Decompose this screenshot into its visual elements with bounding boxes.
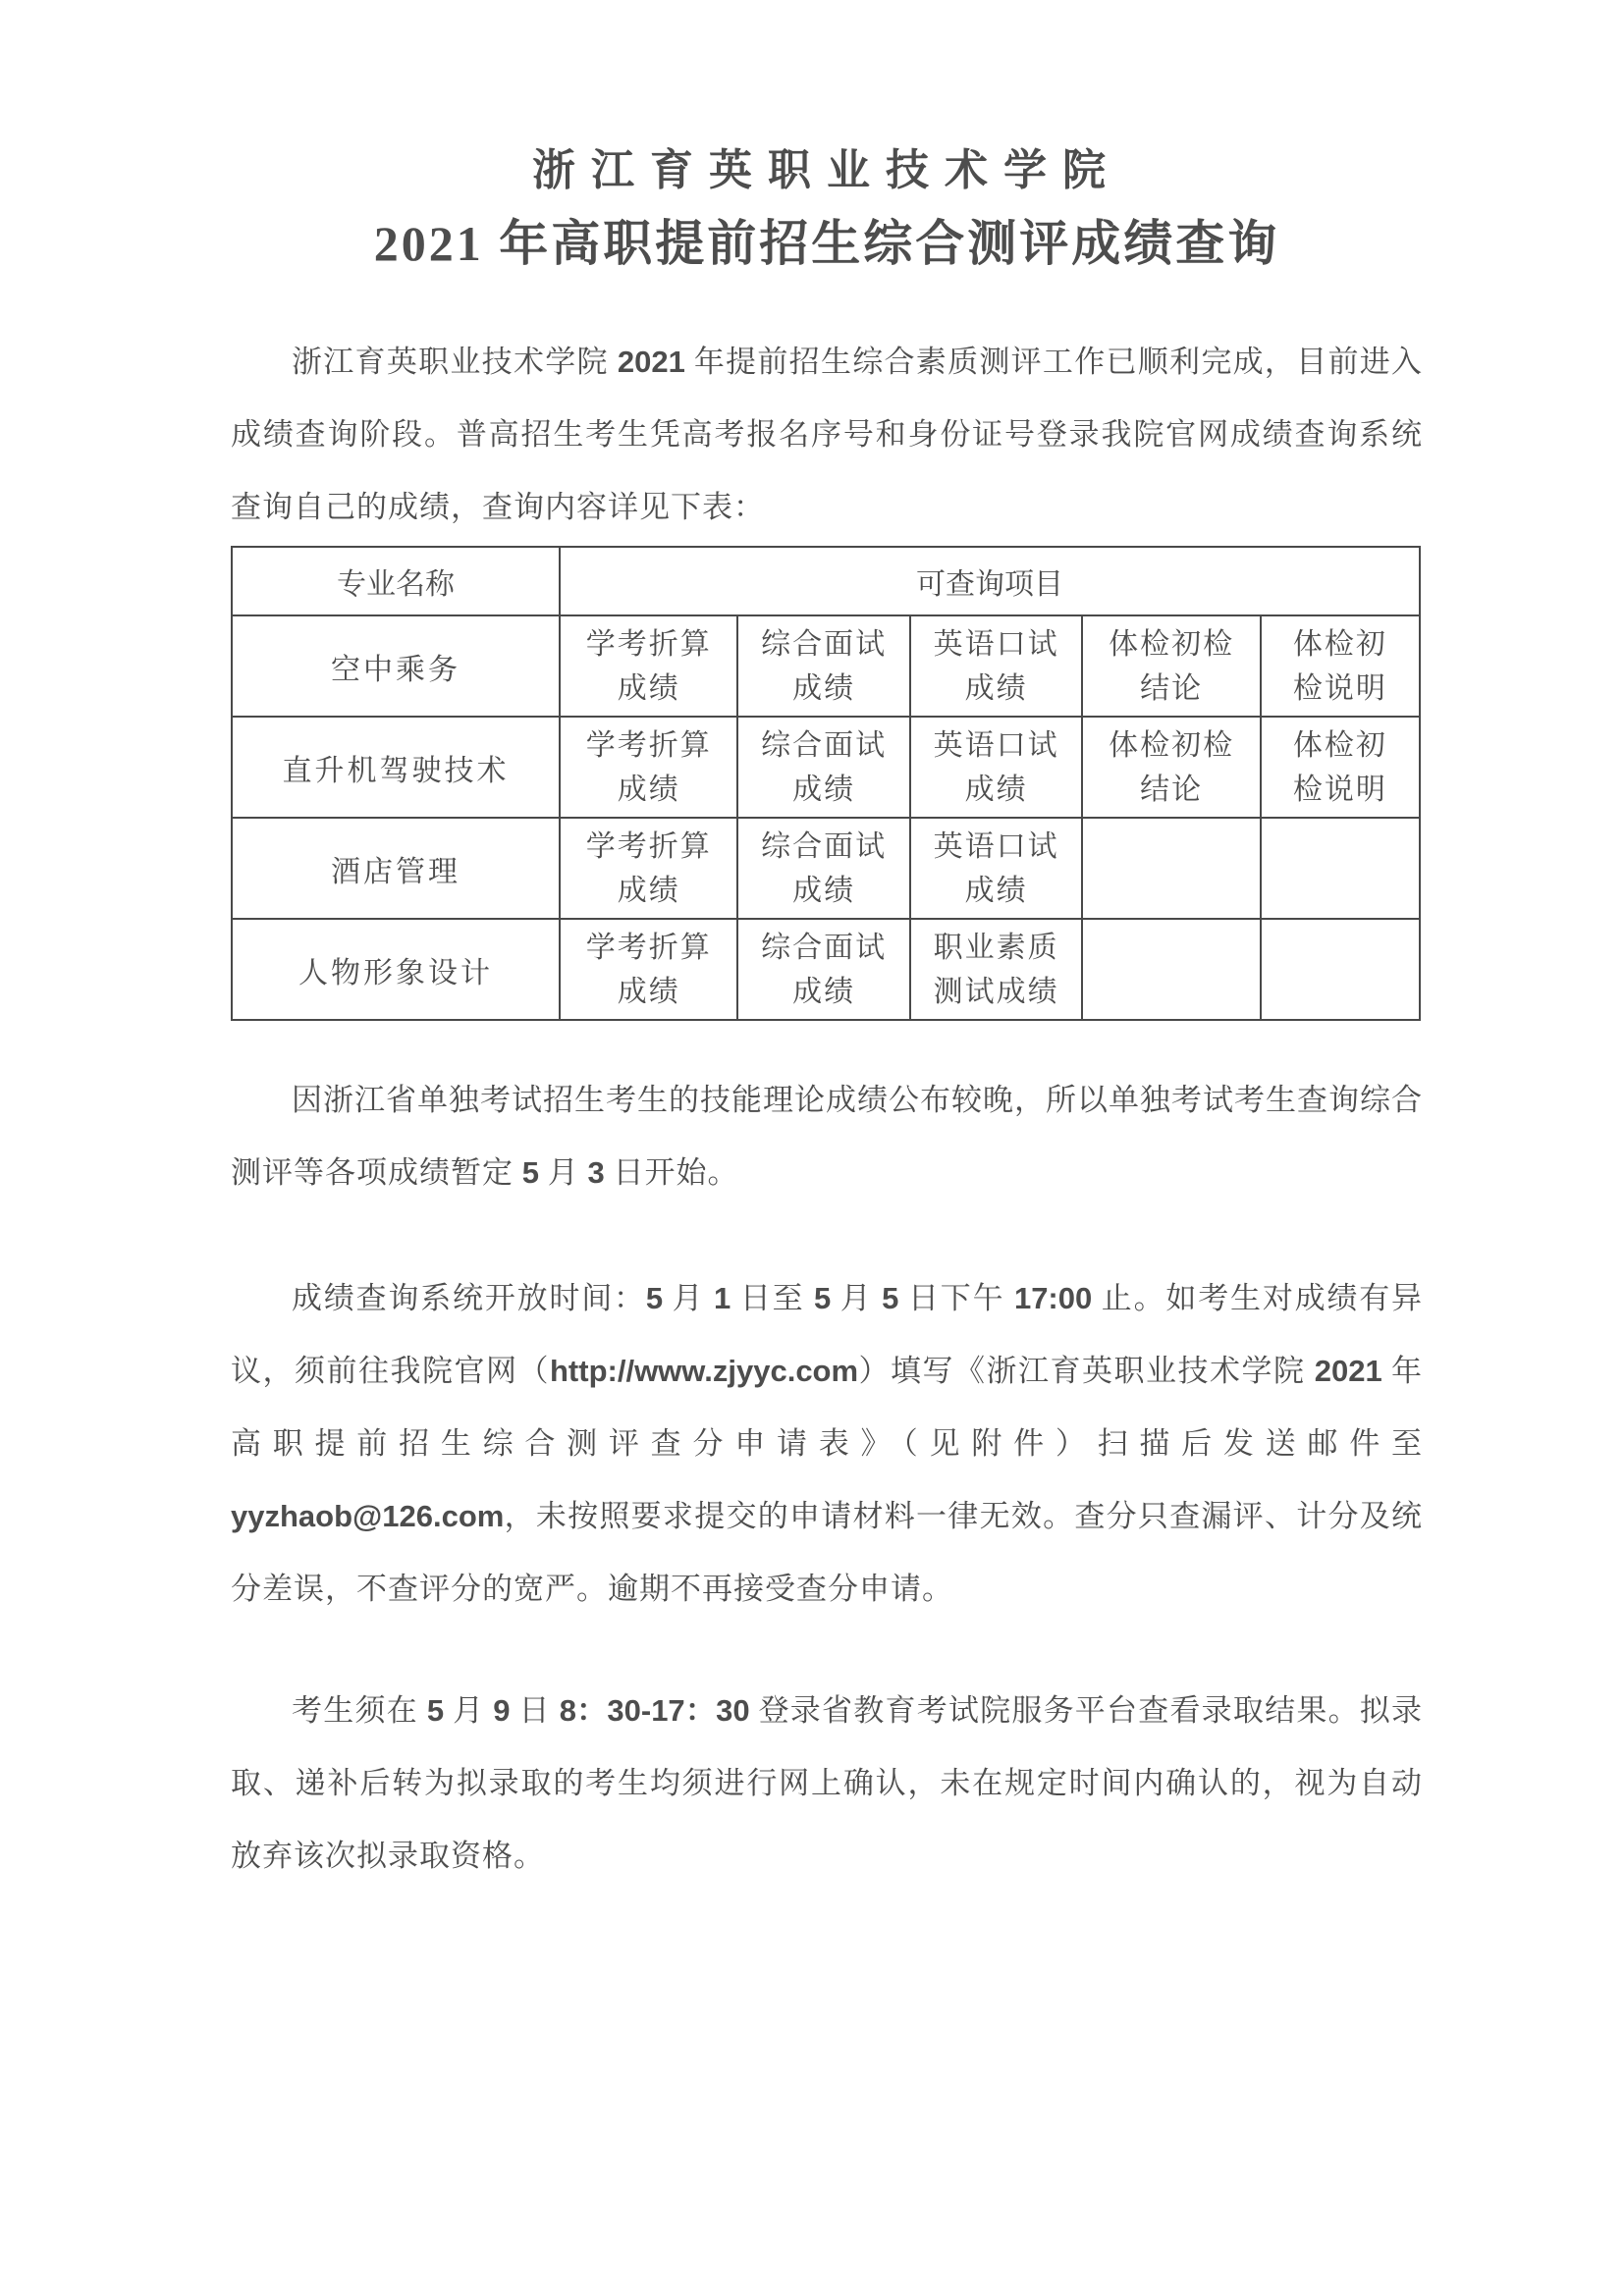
table-cell: [1261, 818, 1420, 919]
table-row: 酒店管理 学考折算 成绩 综合面试 成绩 英语口试 成绩: [232, 818, 1420, 919]
table-cell: 综合面试 成绩: [737, 615, 909, 717]
table-cell: 体检初检 结论: [1082, 615, 1261, 717]
major-name-cell: 酒店管理: [232, 818, 560, 919]
paragraph-separate-exam: 因浙江省单独考试招生考生的技能理论成绩公布较晚，所以单独考试考生查询综合测评等各…: [231, 1064, 1423, 1209]
table-cell: 学考折算 成绩: [560, 615, 738, 717]
major-name-cell: 人物形象设计: [232, 919, 560, 1020]
paragraph-intro: 浙江育英职业技术学院 2021 年提前招生综合素质测评工作已顺利完成，目前进入成…: [231, 326, 1423, 544]
table-cell: 体检初检 结论: [1082, 717, 1261, 818]
paragraph-query-window: 成绩查询系统开放时间：5 月 1 日至 5 月 5 日下午 17:00 止。如考…: [231, 1262, 1423, 1626]
page-title-line2: 2021 年高职提前招生综合测评成绩查询: [231, 212, 1423, 275]
table-row: 空中乘务 学考折算 成绩 综合面试 成绩 英语口试 成绩 体检初检 结论 体检初…: [232, 615, 1420, 717]
table-cell: 英语口试 成绩: [910, 818, 1082, 919]
table-cell: 职业素质 测试成绩: [910, 919, 1082, 1020]
major-name-cell: 空中乘务: [232, 615, 560, 717]
table-cell: 体检初 检说明: [1261, 717, 1420, 818]
table-cell: 学考折算 成绩: [560, 717, 738, 818]
table-header-row: 专业名称 可查询项目: [232, 547, 1420, 615]
table-row: 人物形象设计 学考折算 成绩 综合面试 成绩 职业素质 测试成绩: [232, 919, 1420, 1020]
header-major-name: 专业名称: [232, 547, 560, 615]
major-name-cell: 直升机驾驶技术: [232, 717, 560, 818]
table-cell: 综合面试 成绩: [737, 919, 909, 1020]
table-cell: 学考折算 成绩: [560, 919, 738, 1020]
table-cell: [1082, 818, 1261, 919]
table-cell: 学考折算 成绩: [560, 818, 738, 919]
scores-query-table: 专业名称 可查询项目 空中乘务 学考折算 成绩 综合面试 成绩 英语口试 成绩 …: [231, 546, 1421, 1021]
table-row: 直升机驾驶技术 学考折算 成绩 综合面试 成绩 英语口试 成绩 体检初检 结论 …: [232, 717, 1420, 818]
header-query-items: 可查询项目: [560, 547, 1420, 615]
paragraph-admission-confirm: 考生须在 5 月 9 日 8：30-17：30 登录省教育考试院服务平台查看录取…: [231, 1675, 1423, 1893]
page-title-line1: 浙江育英职业技术学院: [231, 143, 1423, 198]
table-cell: 体检初 检说明: [1261, 615, 1420, 717]
table-cell: [1082, 919, 1261, 1020]
document-page: 浙江育英职业技术学院 2021 年高职提前招生综合测评成绩查询 浙江育英职业技术…: [0, 0, 1624, 2296]
table-cell: 英语口试 成绩: [910, 615, 1082, 717]
table-cell: [1261, 919, 1420, 1020]
table-cell: 英语口试 成绩: [910, 717, 1082, 818]
table-cell: 综合面试 成绩: [737, 717, 909, 818]
table-cell: 综合面试 成绩: [737, 818, 909, 919]
